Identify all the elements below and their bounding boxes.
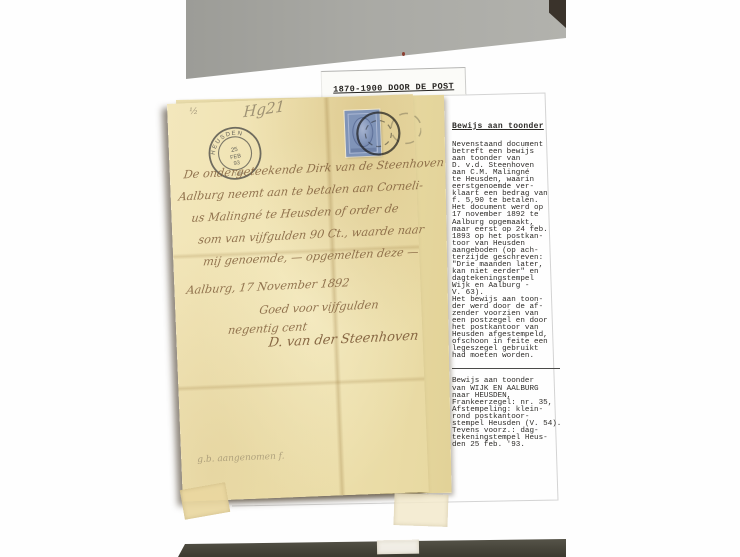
aged-document: ½ Hg21 HEUSDEN 25 FEB 93 7-8N De onderge… — [167, 94, 429, 502]
postmark-town: HEUSDEN — [207, 129, 247, 156]
svg-text:HEUSDEN: HEUSDEN — [207, 129, 247, 156]
header-label: 1870-1900 DOOR DE POST — [333, 81, 454, 94]
description-paragraph-2: Bewijs aan toonder van WIJK EN AALBURG n… — [452, 378, 572, 448]
handwriting-line: us Malingné te Heusden of order de — [191, 202, 400, 225]
handwriting-dateline: Aalburg, 17 November 1892 — [186, 276, 351, 297]
handwriting-line: som van vijfgulden 90 Ct., waarde naar — [198, 223, 425, 247]
pencil-code: Hg21 — [243, 97, 286, 121]
handwriting-amount-line: Goed voor vijfgulden — [258, 298, 379, 317]
description-heading: Bewijs aan toonder — [452, 122, 572, 131]
pencil-note-bottom: g.b. aangenomen f. — [197, 452, 285, 465]
description-paragraph-1: Nevenstaand document betreft een bewijs … — [452, 142, 572, 360]
fold-crease-horizontal — [178, 376, 424, 392]
tape-strip — [377, 540, 419, 555]
album-page-photo: 1870-1900 DOOR DE POST Bewijs aan toonde… — [0, 0, 740, 557]
tape-strip — [393, 493, 448, 527]
pencil-fraction: ½ — [189, 107, 198, 117]
description-panel: Bewijs aan toonder Nevenstaand document … — [452, 122, 572, 449]
paragraph-divider — [452, 368, 560, 369]
